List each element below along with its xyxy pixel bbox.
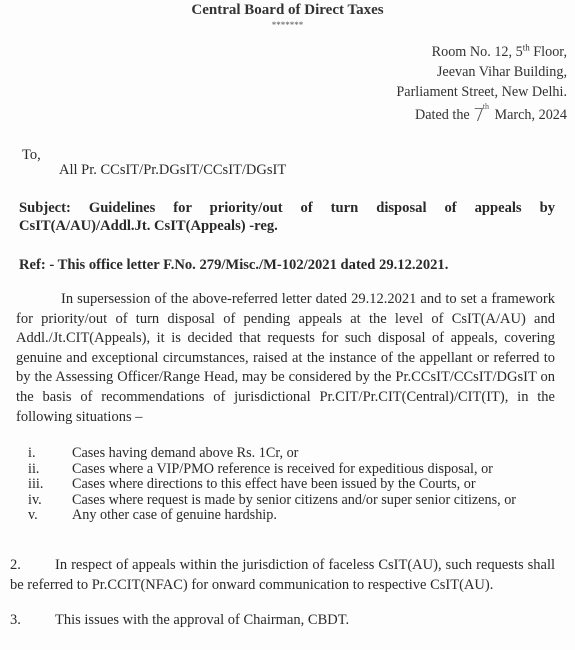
- address-line-3: Parliament Street, New Delhi.: [396, 84, 567, 101]
- to-label: To,: [22, 147, 41, 164]
- paragraph-3: 3.This issues with the approval of Chair…: [10, 612, 349, 629]
- situations-list: i.Cases having demand above Rs. 1Cr, or …: [28, 446, 516, 524]
- addressee: All Pr. CCsIT/Pr.DGsIT/CCsIT/DGsIT: [59, 162, 286, 179]
- subject-line: Subject: Guidelines for priority/out of …: [19, 199, 555, 235]
- list-item: iii.Cases where directions to this effec…: [28, 477, 516, 493]
- address-line-1: Room No. 12, 5th Floor,: [432, 44, 567, 61]
- address-line-2: Jeevan Vihar Building,: [437, 64, 567, 81]
- paragraph-1: In supersession of the above-referred le…: [16, 290, 555, 427]
- reference-line: Ref: - This office letter F.No. 279/Misc…: [19, 257, 448, 274]
- list-item: iv.Cases where request is made by senior…: [28, 493, 516, 509]
- list-item: ii.Cases where a VIP/PMO reference is re…: [28, 462, 516, 478]
- list-item: i.Cases having demand above Rs. 1Cr, or: [28, 446, 516, 462]
- organization-heading: Central Board of Direct Taxes: [0, 2, 575, 19]
- heading-separator: *******: [0, 20, 575, 30]
- letter-date: Dated the 7th March, 2024: [415, 103, 567, 124]
- list-item: v.Any other case of genuine hardship.: [28, 508, 516, 524]
- document-page: Central Board of Direct Taxes ******* Ro…: [0, 0, 575, 650]
- paragraph-2: 2.In respect of appeals within the juris…: [10, 555, 555, 595]
